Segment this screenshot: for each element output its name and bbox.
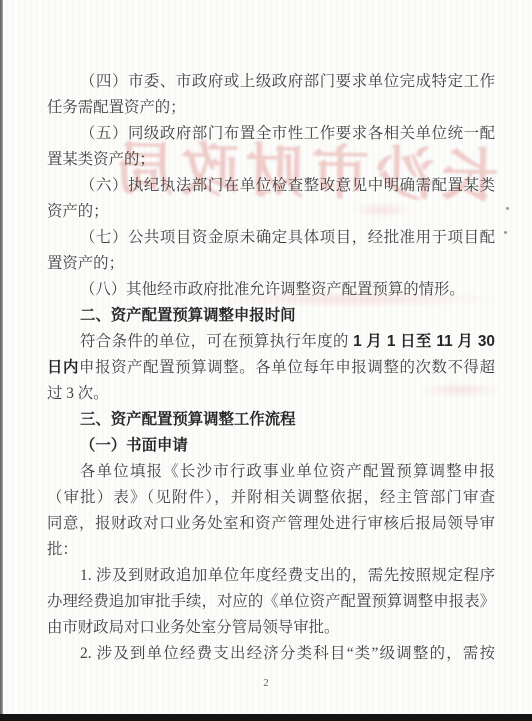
text-line: （八）其他经市政府批准允许调整资产配置预算的情形。 [47,277,495,303]
text-line: 2. 涉及到单位经费支出经济分类科目“类”级调整的，需按 [47,641,495,667]
text-line: 各单位填报《长沙市行政事业单位资产配置预算调整申报 [47,459,495,485]
text-segment: 办理经费追加审批手续，对应的《单位资产配置预算调整申报表》 [47,593,495,610]
text-segment: 同意，报财政对口业务处室和资产管理处进行审核后报局领导审 [47,515,495,532]
text-segment: 申报资产配置预算调整。各单位每年申报调整的次数不得超 [79,359,495,376]
text-segment: （一）书面申请 [80,437,188,454]
text-segment: 1. 涉及到财政追加单位年度经费支出的，需先按照规定程序 [80,567,495,584]
text-line: （四）市委、市政府或上级政府部门要求单位完成特定工作 [47,69,495,95]
text-segment: （五）同级政府部门布置全市性工作要求各相关单位统一配 [80,125,495,142]
text-segment: （四）市委、市政府或上级政府部门要求单位完成特定工作 [80,73,495,90]
text-segment: 任务需配置资产的； [47,99,186,116]
text-line: 日内申报资产配置预算调整。各单位每年申报调整的次数不得超 [47,355,495,381]
scan-edge-bottom [0,714,532,721]
text-line: （五）同级政府部门布置全市性工作要求各相关单位统一配 [47,121,495,147]
text-segment: 2. 涉及到单位经费支出经济分类科目“类”级调整的，需按 [80,645,495,662]
text-line: 置某类资产的； [47,147,495,173]
section-heading: 二、资产配置预算调整申报时间 [47,303,495,329]
section-heading: 三、资产配置预算调整工作流程 [47,407,495,433]
text-line: 办理经费追加审批手续，对应的《单位资产配置预算调整申报表》 [47,589,495,615]
text-segment: （审批）表》（见附件），并附相关调整依据，经主管部门审查 [47,489,495,506]
document-body: （四）市委、市政府或上级政府部门要求单位完成特定工作任务需配置资产的；（五）同级… [47,69,495,667]
text-line: 批： [47,537,495,563]
text-segment: 资产的； [47,203,109,220]
text-segment: （八）其他经市政府批准允许调整资产配置预算的情形。 [80,281,465,298]
text-segment: 置资产的； [47,255,124,272]
text-segment: （六）执纪执法部门在单位检查整改意见中明确需配置某类 [80,177,495,194]
text-segment: 各单位填报《长沙市行政事业单位资产配置预算调整申报 [80,463,495,480]
scan-speck [504,231,507,234]
text-line: （七）公共项目资金原未确定具体项目，经批准用于项目配 [47,225,495,251]
scan-edge-left [0,0,3,721]
text-line: 置资产的； [47,251,495,277]
section-heading: （一）书面申请 [47,433,495,459]
text-line: （审批）表》（见附件），并附相关调整依据，经主管部门审查 [47,485,495,511]
emphasized-text: 1 月 1 日至 11 月 30 [353,333,495,350]
text-segment: 二、资产配置预算调整申报时间 [80,307,295,324]
scanned-page: 长沙市财政局 （四）市委、市政府或上级政府部门要求单位完成特定工作任务需配置资产… [0,0,532,721]
text-line: 过 3 次。 [47,381,495,407]
text-segment: （七）公共项目资金原未确定具体项目，经批准用于项目配 [80,229,495,246]
text-line: （六）执纪执法部门在单位检查整改意见中明确需配置某类 [47,173,495,199]
text-segment: 由市财政局对口业务处室分管局领导审批。 [47,619,339,636]
text-line: 同意，报财政对口业务处室和资产管理处进行审核后报局领导审 [47,511,495,537]
text-line: 符合条件的单位，可在预算执行年度的 1 月 1 日至 11 月 30 [47,329,495,355]
text-segment: 置某类资产的； [47,151,155,168]
text-line: 由市财政局对口业务处室分管局领导审批。 [47,615,495,641]
text-segment: 过 3 次。 [47,385,109,402]
text-line: 1. 涉及到财政追加单位年度经费支出的，需先按照规定程序 [47,563,495,589]
text-line: 任务需配置资产的； [47,95,495,121]
text-segment: 批： [47,541,78,558]
text-segment: 符合条件的单位，可在预算执行年度的 [80,333,353,350]
text-line: 资产的； [47,199,495,225]
page-number: 2 [0,677,532,689]
text-segment: 三、资产配置预算调整工作流程 [80,411,295,428]
emphasized-text: 日内 [47,359,79,376]
scan-speck [506,207,509,210]
